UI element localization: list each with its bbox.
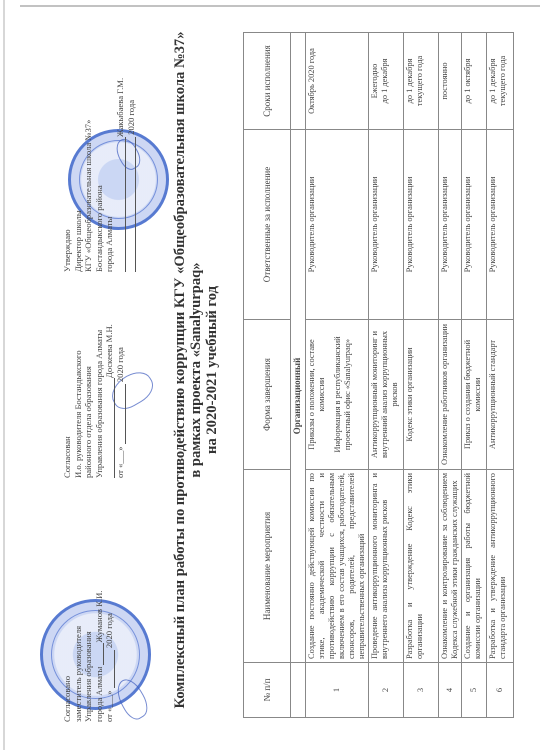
row-number: 6 [487, 663, 514, 718]
approval-signer: Жакыбаева Г.М. [115, 32, 126, 272]
row-activity-name: Создание постоянно действующей комиссии … [306, 470, 369, 663]
header-num: № п/п [244, 663, 291, 718]
row-due-date: до 1 декабрятекущего года [404, 33, 439, 130]
approval-line: города Алматы [104, 32, 115, 272]
table-row: 4Ознакомление и контролирование за соблю… [439, 33, 462, 718]
row-responsible: Руководитель организации [369, 130, 404, 320]
approval-date: от «___» 2020 года [104, 572, 115, 722]
row-due-date: Октябрь 2020 года [306, 33, 369, 130]
approval-line: районного отдела образования [83, 263, 94, 478]
row-responsible: Руководитель организации [462, 130, 487, 320]
row-due-date: до 1 октября [462, 33, 487, 130]
table-row: 2Проведение антикоррупционного мониторин… [369, 33, 404, 718]
row-completion-form: Приказ о создании бюджетной комиссии [462, 320, 487, 470]
row-activity-name: Разработка и утверждение антикоррупционн… [487, 470, 514, 663]
section-num-cell [291, 663, 306, 718]
approval-date: 2020 года [126, 32, 137, 272]
header-name: Наименование мероприятия [244, 470, 291, 663]
row-activity-name: Создание и организация работы бюджетной … [462, 470, 487, 663]
approval-block-left: Согласовано заместитель руководителя Упр… [62, 572, 115, 722]
approval-line: Бостандыкского района [94, 32, 105, 272]
row-number: 5 [462, 663, 487, 718]
document-page: Согласовано заместитель руководителя Упр… [0, 0, 546, 750]
row-number: 3 [404, 663, 439, 718]
approval-heading: Согласовано [62, 572, 73, 722]
title-line-3: на 2020-2021 учебный год [204, 20, 220, 720]
section-due-cell [291, 33, 306, 130]
date-line [135, 137, 136, 272]
approval-line: Директор школы [73, 32, 84, 272]
row-responsible: Руководитель организации [487, 130, 514, 320]
table-row: 3Разработка и утверждение Кодекс этики о… [404, 33, 439, 718]
signer-name: Доскеева М.Н. [104, 324, 114, 378]
date-suffix: 2020 года [115, 347, 125, 382]
date-line [125, 384, 126, 444]
anticorruption-plan-table: № п/п Наименование мероприятия Форма зав… [243, 32, 514, 718]
approval-heading: Утверждаю [62, 32, 73, 272]
row-completion-form: Ознакомление работников организации [439, 320, 462, 470]
approval-block-right: Утверждаю Директор школы КГУ «Общеобразо… [62, 32, 136, 272]
row-due-date: постоянно [439, 33, 462, 130]
row-responsible: Руководитель организации [404, 130, 439, 320]
date-suffix: 2020 года [126, 100, 136, 135]
row-number: 4 [439, 663, 462, 718]
row-completion-form: Приказы о положении, составе комиссииИнф… [306, 320, 369, 470]
title-line-2: в рамках проекта «Sanalyurpaq» [188, 20, 204, 720]
date-line [114, 650, 115, 688]
row-number: 2 [369, 663, 404, 718]
table-row: 6Разработка и утверждение антикоррупцион… [487, 33, 514, 718]
row-due-date: Ежегоднодо 1 декабря [369, 33, 404, 130]
date-prefix: от «___» [104, 690, 114, 722]
table-row: 5Создание и организация работы бюджетной… [462, 33, 487, 718]
signer-name: Жуманов К.И. [94, 591, 104, 643]
row-due-date: до 1 декабрятекущего года [487, 33, 514, 130]
approval-signer: Доскеева М.Н. [104, 263, 115, 478]
table-row: 1Создание постоянно действующей комиссии… [306, 33, 369, 718]
table-header-row: № п/п Наименование мероприятия Форма зав… [244, 33, 291, 718]
header-responsible: Ответственные за исполнение [244, 130, 291, 320]
approval-block-middle: Согласован И.о. руководителя Бостандыкск… [62, 263, 126, 478]
row-responsible: Руководитель организации [439, 130, 462, 320]
approval-line: КГУ «Общеобразовательная школа №37» [83, 32, 94, 272]
row-activity-name: Ознакомление и контролирование за соблюд… [439, 470, 462, 663]
table-body: Организационный 1Создание постоянно дейс… [291, 33, 514, 718]
header-due: Сроки исполнения [244, 33, 291, 130]
section-row: Организационный [291, 33, 306, 718]
approval-date: от «___» 2020 года [115, 263, 126, 478]
row-number: 1 [306, 663, 369, 718]
approval-line: И.о. руководителя Бостандыкского [73, 263, 84, 478]
document-title: Комплексный план работы по противодейств… [172, 20, 220, 720]
approval-line-text: города Алматы [94, 667, 104, 722]
section-label: Организационный [291, 130, 306, 663]
row-activity-name: Проведение антикоррупционного мониторинг… [369, 470, 404, 663]
approval-heading: Согласован [62, 263, 73, 478]
row-responsible: Руководитель организации [306, 130, 369, 320]
header-form: Форма завершения [244, 320, 291, 470]
date-suffix: 2020 года [104, 613, 114, 648]
title-line-1: Комплексный план работы по противодейств… [172, 20, 188, 720]
approval-line: заместитель руководителя [73, 572, 84, 722]
row-activity-name: Разработка и утверждение Кодекс этики ор… [404, 470, 439, 663]
row-completion-form: Антикоррупционный стандарт [487, 320, 514, 470]
approval-line: Управления образования [83, 572, 94, 722]
approval-line: города Алматы Жуманов К.И. [94, 572, 105, 722]
row-completion-form: Антикоррупционный мониторинг и внутренни… [369, 320, 404, 470]
signer-name: Жакыбаева Г.М. [115, 78, 125, 137]
approval-line: Управления образования города Алматы [94, 263, 105, 478]
row-completion-form: Кодекс этики организации [404, 320, 439, 470]
date-prefix: от «___» [115, 446, 125, 478]
